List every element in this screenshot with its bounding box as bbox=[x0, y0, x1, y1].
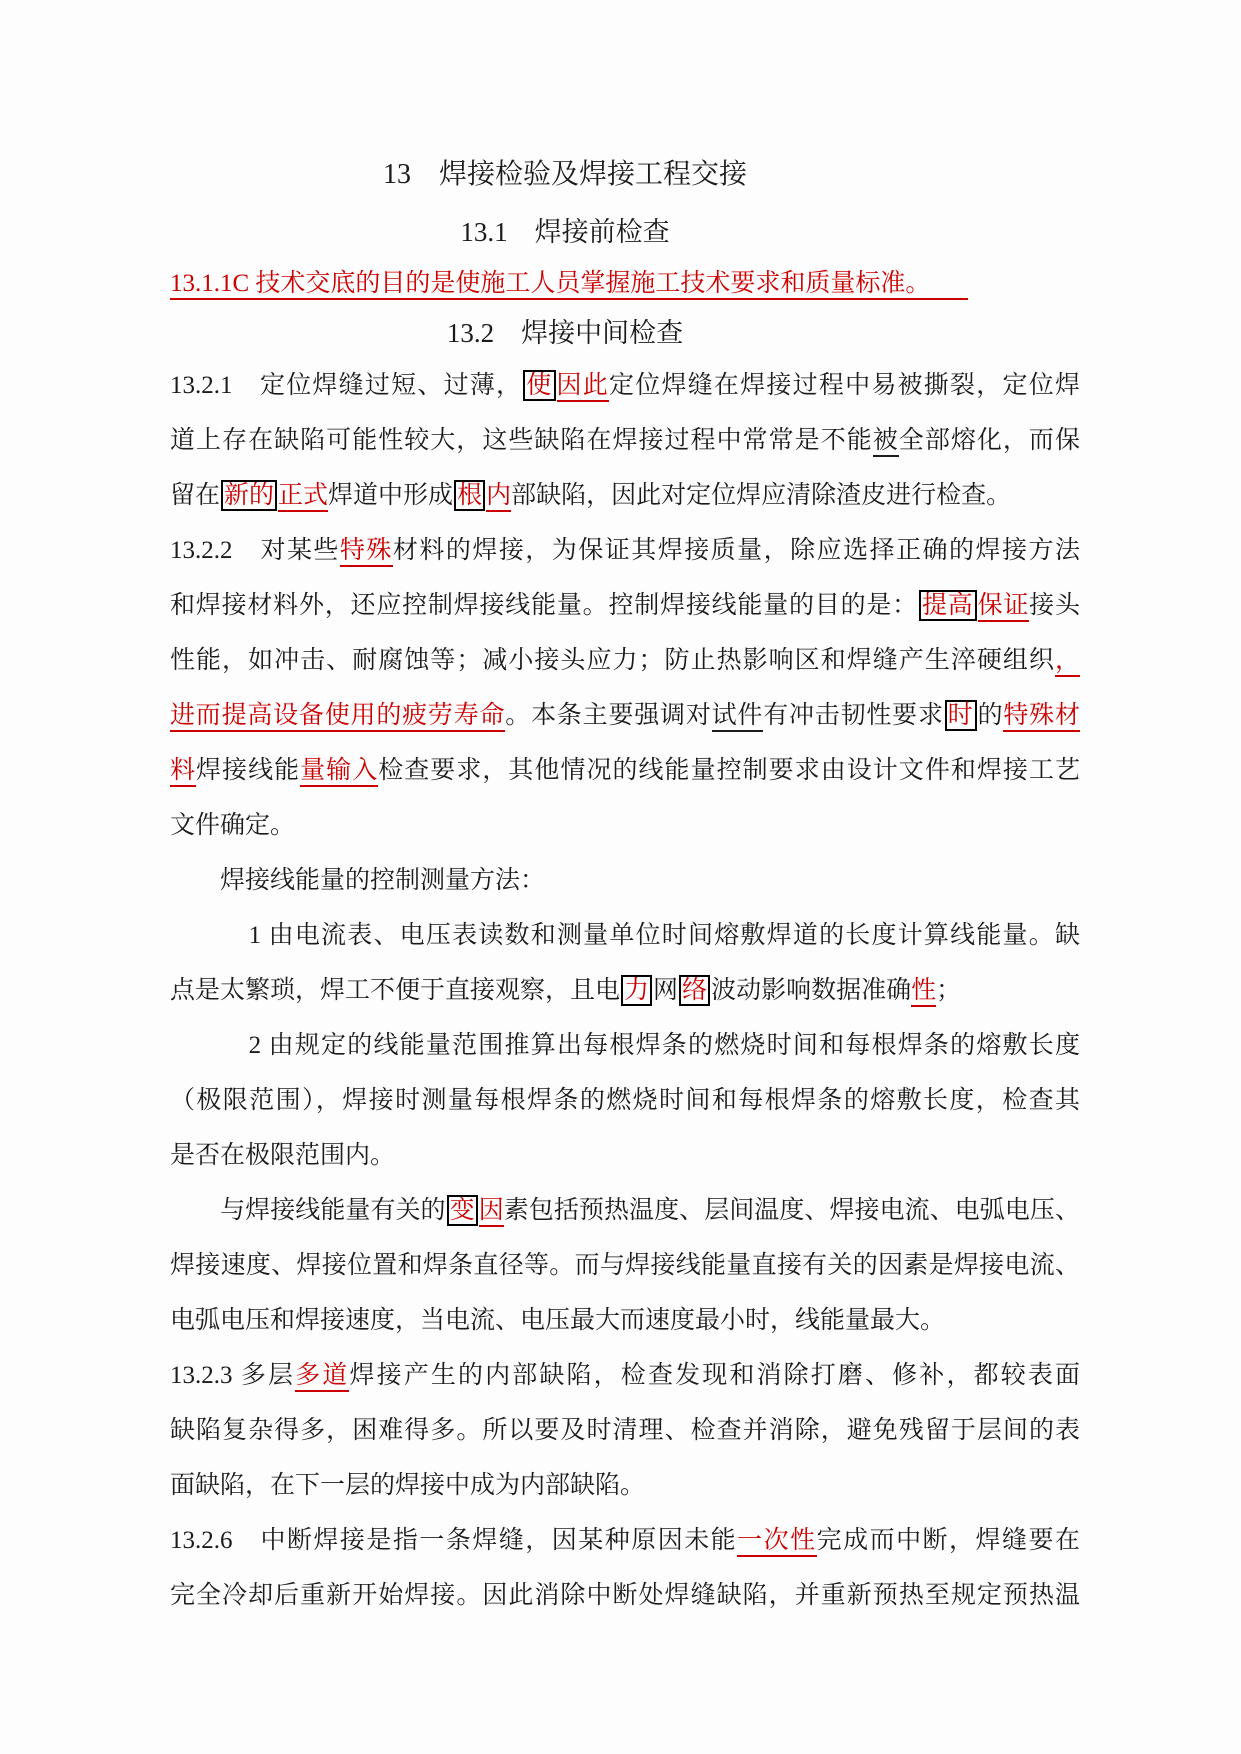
text-run: 完成而中断，焊缝要在 bbox=[817, 1527, 1080, 1554]
document-page: 13 焊接检验及焊接工程交接13.1 焊接前检查13.1.1C 技术交底的目的是… bbox=[0, 0, 1241, 1754]
inserted-text-run: 性 bbox=[911, 977, 936, 1007]
text-line: 性能，如冲击、耐腐蚀等；减小接头应力；防止热影响区和焊缝产生淬硬组织， bbox=[170, 633, 1080, 688]
text-run: 和焊接材料外，还应控制焊接线能量。控制焊接线能量的目的是： bbox=[170, 592, 918, 619]
text-run: 完全冷却后重新开始焊接。因此消除中断处焊缝缺陷，并重新预热至规定预热温 bbox=[170, 1582, 1080, 1609]
text-line: 料焊接线能量输入检查要求，其他情况的线能量控制要求由设计文件和焊接工艺 bbox=[170, 743, 1080, 798]
inserted-text-run: 因 bbox=[479, 1197, 504, 1227]
section-heading: 13.2 焊接中间检查 bbox=[170, 308, 1080, 358]
text-line: 和焊接材料外，还应控制焊接线能量。控制焊接线能量的目的是：提高保证接头 bbox=[170, 578, 1080, 633]
text-line: 完全冷却后重新开始焊接。因此消除中断处焊缝缺陷，并重新预热至规定预热温 bbox=[170, 1568, 1080, 1623]
deleted-text-run: 新的 bbox=[221, 480, 277, 511]
text-line: 文件确定。 bbox=[170, 798, 1080, 853]
text-run: 点是太繁琐，焊工不便于直接观察，且电 bbox=[170, 977, 620, 1004]
inserted-text-run: 特殊 bbox=[340, 537, 393, 567]
text-line: 焊接线能量的控制测量方法： bbox=[170, 853, 1080, 908]
text-run: 焊接速度、焊接位置和焊条直径等。而与焊接线能量直接有关的因素是焊接电流、 bbox=[170, 1252, 1080, 1279]
text-run: 焊接线能 bbox=[196, 757, 300, 784]
text-run: 检查要求，其他情况的线能量控制要求由设计文件和焊接工艺 bbox=[378, 757, 1080, 784]
text-run: 缺陷复杂得多，困难得多。所以要及时清理、检查并消除，避免残留于层间的表 bbox=[170, 1417, 1080, 1444]
text-line: 是否在极限范围内。 bbox=[170, 1128, 1080, 1183]
text-line: 缺陷复杂得多，困难得多。所以要及时清理、检查并消除，避免残留于层间的表 bbox=[170, 1403, 1080, 1458]
text-line: 焊接速度、焊接位置和焊条直径等。而与焊接线能量直接有关的因素是焊接电流、 bbox=[170, 1238, 1080, 1293]
text-run: 道上存在缺陷可能性较大，这些缺陷在焊接过程中常常是不能 bbox=[170, 427, 873, 454]
text-line: 1 由电流表、电压表读数和测量单位时间熔敷焊道的长度计算线能量。缺 bbox=[170, 908, 1080, 963]
text-run: 焊接线能量的控制测量方法： bbox=[170, 867, 545, 894]
deleted-text-run: 力 bbox=[621, 975, 652, 1006]
text-run: 有冲击韧性要求 bbox=[763, 702, 944, 729]
deleted-text-run: 提高 bbox=[919, 590, 977, 621]
text-run: （极限范围），焊接时测量每根焊条的燃烧时间和每根焊条的熔敷长度，检查其 bbox=[170, 1087, 1080, 1114]
inserted-text-run: 多道 bbox=[295, 1362, 349, 1392]
text-line: 13.2.6 中断焊接是指一条焊缝，因某种原因未能一次性完成而中断，焊缝要在 bbox=[170, 1513, 1080, 1568]
text-run: 13.2 焊接中间检查 bbox=[447, 318, 683, 348]
text-line: 13.2.2 对某些特殊材料的焊接，为保证其焊接质量，除应选择正确的焊接方法 bbox=[170, 523, 1080, 578]
inserted-text-run: 因此 bbox=[557, 372, 609, 402]
text-line: 留在新的正式焊道中形成根内部缺陷，因此对定位焊应清除渣皮进行检查。 bbox=[170, 468, 1080, 523]
text-line: 与焊接线能量有关的变因素包括预热温度、层间温度、焊接电流、电弧电压、 bbox=[170, 1183, 1080, 1238]
inserted-text-run: 正式 bbox=[278, 482, 328, 512]
deleted-text-run: 根 bbox=[454, 480, 485, 511]
inserted-text-run: 13.1.1C 技术交底的目的是使施工人员掌握施工技术要求和质量标准。 bbox=[170, 270, 968, 300]
text-line: 点是太繁琐，焊工不便于直接观察，且电力网络波动影响数据准确性； bbox=[170, 963, 1080, 1018]
text-run: 是否在极限范围内。 bbox=[170, 1142, 395, 1169]
text-run: 13.1 焊接前检查 bbox=[460, 217, 669, 247]
text-run: 素包括预热温度、层间温度、焊接电流、电弧电压、 bbox=[504, 1197, 1080, 1224]
document-title: 13 焊接检验及焊接工程交接 bbox=[170, 146, 1080, 204]
text-line: （极限范围），焊接时测量每根焊条的燃烧时间和每根焊条的熔敷长度，检查其 bbox=[170, 1073, 1080, 1128]
inserted-text-run: 保证 bbox=[978, 592, 1030, 622]
text-line: 电弧电压和焊接速度，当电流、电压最大而速度最小时，线能量最大。 bbox=[170, 1293, 1080, 1348]
text-run: 定位焊缝在焊接过程中易被撕裂，定位焊 bbox=[609, 372, 1080, 399]
text-run: 全部熔化，而保 bbox=[899, 427, 1080, 454]
text-run: 的 bbox=[978, 702, 1004, 729]
inserted-text-run: 一次性 bbox=[737, 1527, 816, 1557]
text-run: 13.2.2 对某些 bbox=[170, 537, 340, 564]
deleted-text-run: 时 bbox=[945, 700, 977, 731]
text-line: 2 由规定的线能量范围推算出每根焊条的燃烧时间和每根焊条的熔敷长度 bbox=[170, 1018, 1080, 1073]
text-run: 材料的焊接，为保证其焊接质量，除应选择正确的焊接方法 bbox=[393, 537, 1080, 564]
inserted-text-run: 量输入 bbox=[300, 757, 378, 787]
text-run: 13.2.1 定位焊缝过短、过薄， bbox=[170, 372, 522, 399]
text-run: 13.2.3 多层 bbox=[170, 1362, 295, 1389]
inserted-text-run: ， bbox=[1055, 647, 1080, 677]
text-run: 留在 bbox=[170, 482, 220, 509]
deleted-text-run: 变 bbox=[447, 1195, 478, 1226]
text-run: 焊接产生的内部缺陷，检查发现和消除打磨、修补，都较表面 bbox=[349, 1362, 1080, 1389]
text-line: 面缺陷，在下一层的焊接中成为内部缺陷。 bbox=[170, 1458, 1080, 1513]
text-line: 13.2.1 定位焊缝过短、过薄，使因此定位焊缝在焊接过程中易被撕裂，定位焊 bbox=[170, 358, 1080, 413]
text-run: 电弧电压和焊接速度，当电流、电压最大而速度最小时，线能量最大。 bbox=[170, 1307, 945, 1334]
text-line: 进而提高设备使用的疲劳寿命。本条主要强调对试件有冲击韧性要求时的特殊材 bbox=[170, 688, 1080, 743]
section-heading: 13.1 焊接前检查 bbox=[170, 204, 1080, 260]
text-run: 波动影响数据准确 bbox=[711, 977, 911, 1004]
text-run: 文件确定。 bbox=[170, 812, 295, 839]
text-run: 与焊接线能量有关的 bbox=[170, 1197, 446, 1224]
text-run: 面缺陷，在下一层的焊接中成为内部缺陷。 bbox=[170, 1472, 645, 1499]
text-run: 网 bbox=[653, 977, 678, 1004]
inserted-text-run: 料 bbox=[170, 757, 196, 787]
text-run: 2 由规定的线能量范围推算出每根焊条的燃烧时间和每根焊条的熔敷长度 bbox=[170, 1032, 1080, 1059]
inserted-text-run-black: 被 bbox=[873, 427, 899, 457]
inserted-text-run: 进而提高设备使用的疲劳寿命 bbox=[170, 702, 505, 732]
text-line: 13.2.3 多层多道焊接产生的内部缺陷，检查发现和消除打磨、修补，都较表面 bbox=[170, 1348, 1080, 1403]
document-body: 13 焊接检验及焊接工程交接13.1 焊接前检查13.1.1C 技术交底的目的是… bbox=[170, 146, 1080, 1623]
text-run: 1 由电流表、电压表读数和测量单位时间熔敷焊道的长度计算线能量。缺 bbox=[170, 922, 1080, 949]
inserted-text-run: 特殊材 bbox=[1003, 702, 1080, 732]
text-run: 焊道中形成 bbox=[328, 482, 453, 509]
inserted-text-run: 内 bbox=[486, 482, 511, 512]
text-line: 道上存在缺陷可能性较大，这些缺陷在焊接过程中常常是不能被全部熔化，而保 bbox=[170, 413, 1080, 468]
text-run: 13.2.6 中断焊接是指一条焊缝，因某种原因未能 bbox=[170, 1527, 737, 1554]
text-run: 。本条主要强调对 bbox=[505, 702, 711, 729]
revision-heading: 13.1.1C 技术交底的目的是使施工人员掌握施工技术要求和质量标准。 bbox=[170, 260, 1080, 308]
inserted-text-run-black: 试件 bbox=[712, 702, 764, 732]
text-run: ； bbox=[936, 977, 961, 1004]
deleted-text-run: 络 bbox=[679, 975, 710, 1006]
text-run: 13 焊接检验及焊接工程交接 bbox=[383, 159, 747, 190]
text-run: 接头 bbox=[1029, 592, 1080, 619]
text-run: 性能，如冲击、耐腐蚀等；减小接头应力；防止热影响区和焊缝产生淬硬组织 bbox=[170, 647, 1055, 674]
deleted-text-run: 使 bbox=[523, 370, 555, 401]
text-run: 部缺陷，因此对定位焊应清除渣皮进行检查。 bbox=[511, 482, 1011, 509]
